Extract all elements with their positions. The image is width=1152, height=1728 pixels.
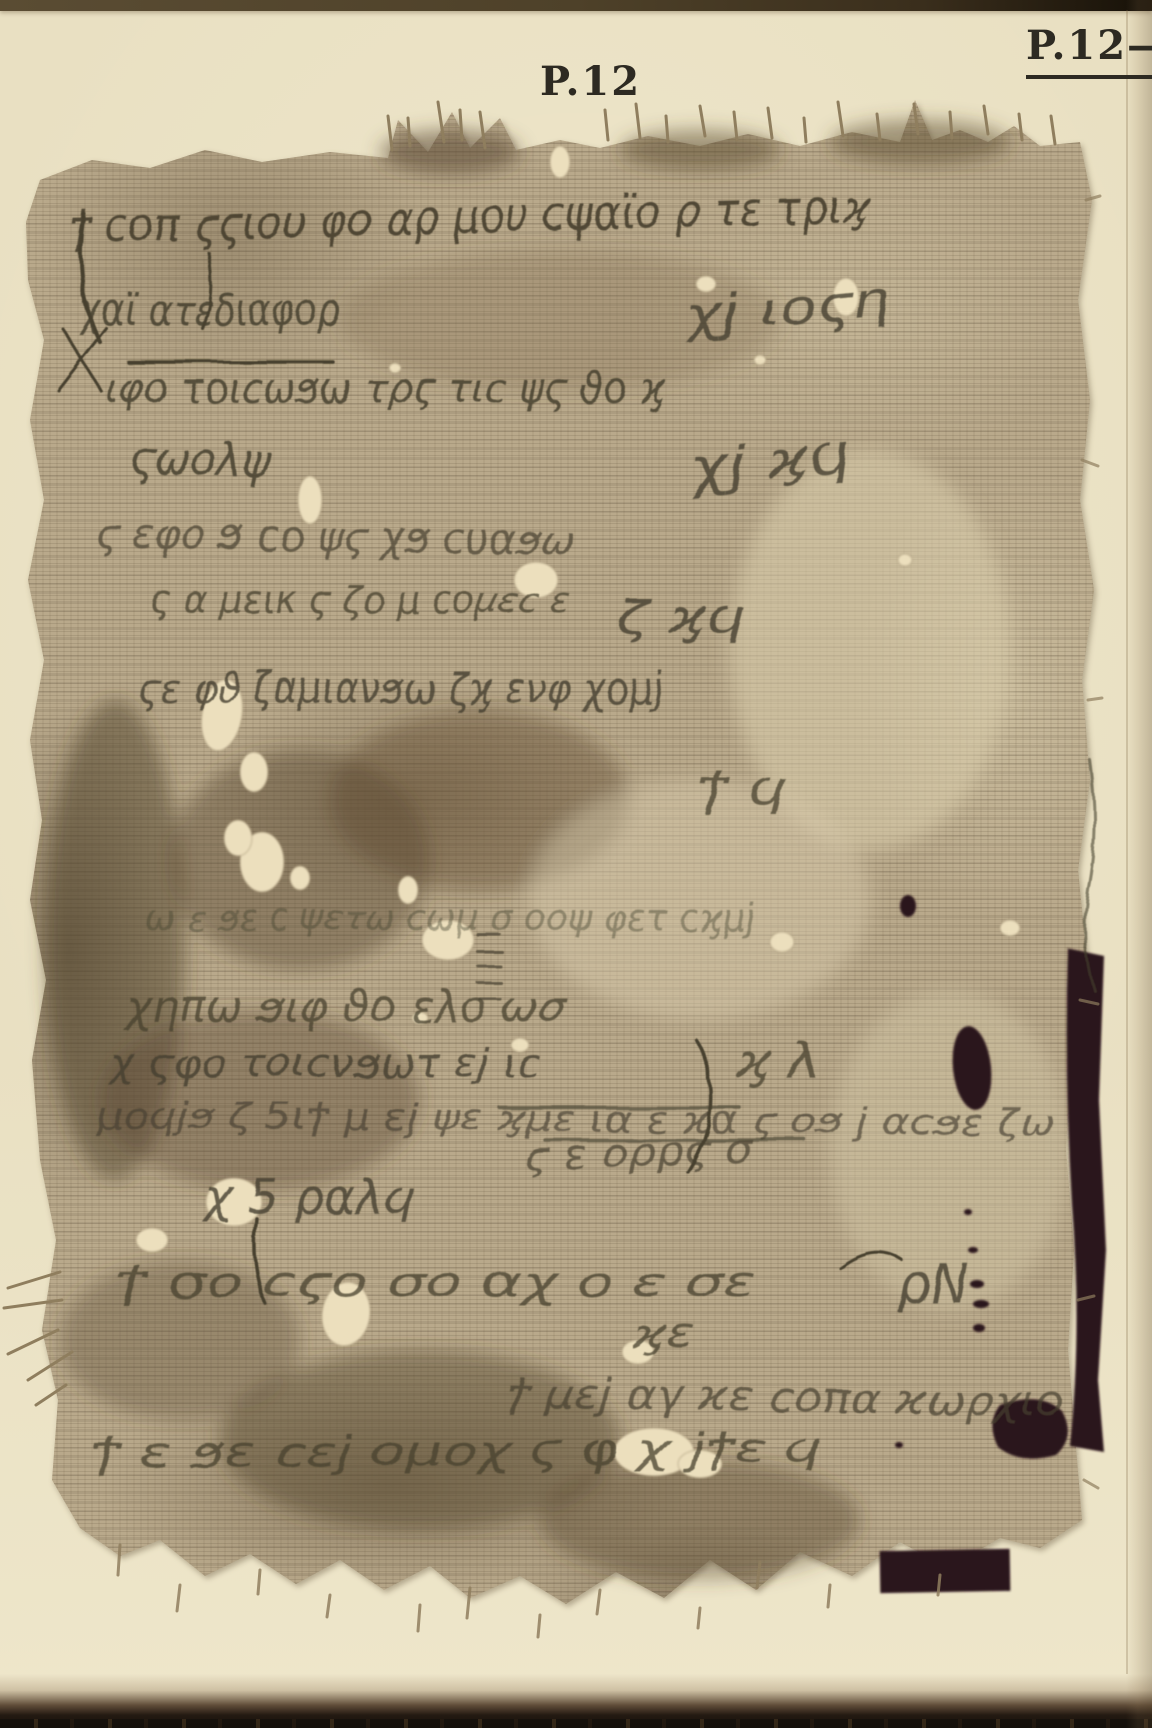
plate-number-corner: P.12— xyxy=(1026,22,1152,79)
script-line: ϯ μεϳ αγ ϰε ϲοπα ϰωρχιο xyxy=(505,1368,1066,1427)
photo-of-papyrus-plate: ϯ ϲοπ ϛϛιου φο αρ μου ϲψαϊο ρ τε τριϗ χα… xyxy=(0,0,1152,1728)
mount-crease-line xyxy=(1126,10,1128,1674)
script-line: ϯ ε ϧε ϲεϳ ομοχ ϛ φ χ ϳϯε ϥ xyxy=(92,1423,822,1478)
script-line: ρΝ xyxy=(898,1252,968,1315)
script-line: ϯ ϲοπ ϛϛιου φο αρ μου ϲψαϊο ρ τε τριϗ xyxy=(69,179,871,254)
script-line: ς α μεικ ϛ ζο μ ϲομεϲ ε xyxy=(150,578,570,622)
script-line: ϛ εφο ϧ ϲο ψϛ χϧ ϲυαϧω xyxy=(95,508,576,565)
photo-bottom-edge-band xyxy=(0,1674,1152,1728)
script-line: ζ ϗϥ xyxy=(615,590,746,644)
script-line: ϗε xyxy=(630,1308,695,1357)
ink-stroke xyxy=(58,328,106,392)
script-line: ϯ σο ϲϛο σο αχ ο ε σε xyxy=(116,1257,756,1308)
script-line: ϛ ε ορρϛ σ xyxy=(522,1126,755,1180)
script-line: χ 5 ραλϥ xyxy=(202,1170,415,1224)
script-line: χηπω ϧιφ ϑο ελο ωσ xyxy=(124,982,567,1033)
script-line: ω ε ϧε ϲ ψετω ϲωμ σ οοψ φετ ϲϗμϳ xyxy=(145,898,755,939)
script-line: ιφο τοιϲωϧω τρϛ τιϲ ψϛ ϑο ϗ xyxy=(106,364,667,413)
photo-top-edge-band xyxy=(0,0,1152,11)
stain-blotches xyxy=(45,120,1070,1580)
papyrus-detail-overlay: ϯ ϲοπ ϛϛιου φο αρ μου ϲψαϊο ρ τε τριϗ χα… xyxy=(0,0,1152,1728)
script-line: ϛωολψ xyxy=(130,430,273,489)
script-line: χ ϛφο τοιϲνϧωτ εϳ ιϲ xyxy=(108,1041,540,1087)
script-line: ϛε φϑ ζαμιανϧω ζϗ ενφ χομϳ xyxy=(138,664,663,713)
plate-number-center: P.12 xyxy=(540,58,641,105)
script-line: ϗ λ xyxy=(736,1034,821,1090)
script-line: ϯ ϥ xyxy=(698,761,788,817)
